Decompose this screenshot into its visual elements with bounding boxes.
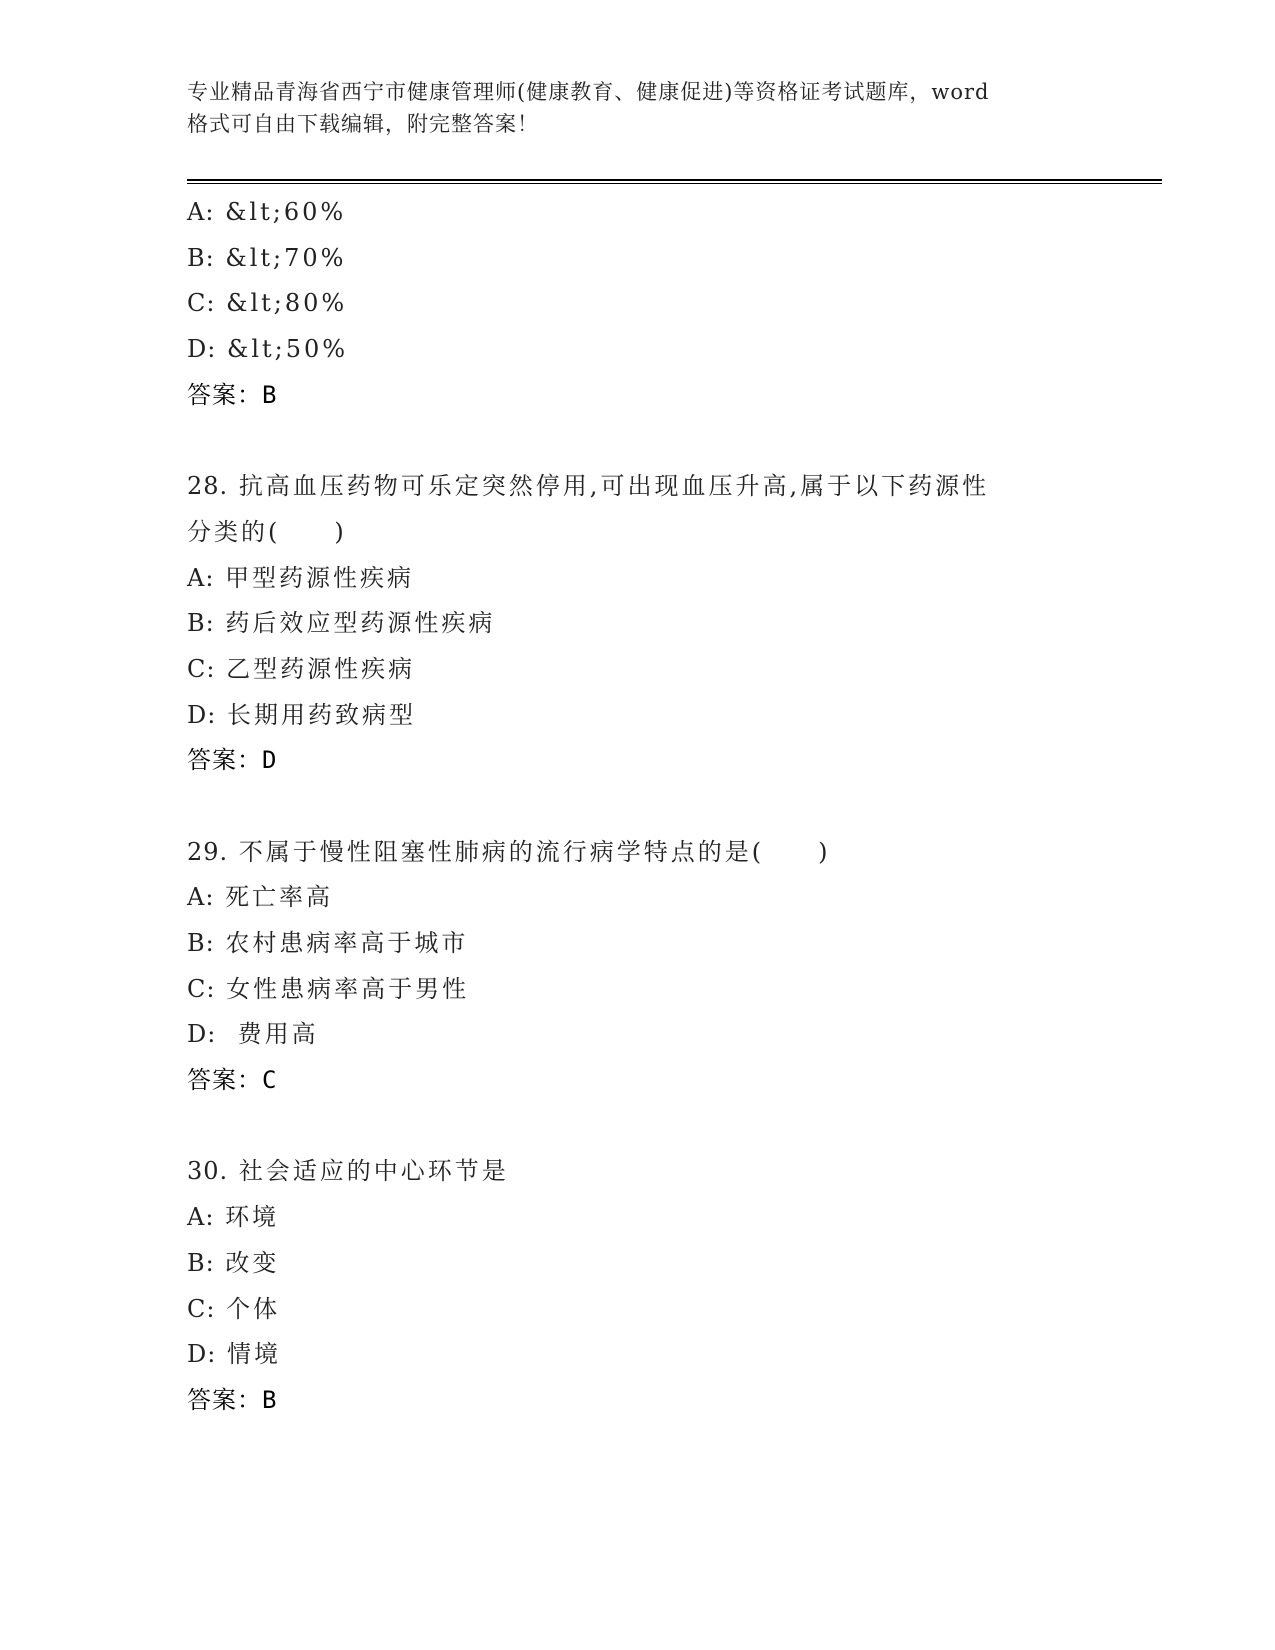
option-b: B: 药后效应型药源性疾病: [187, 601, 1147, 647]
option-text: 环境: [225, 1203, 279, 1231]
option-text: 乙型药源性疾病: [226, 655, 415, 683]
option-text: &lt;50%: [227, 335, 348, 363]
answer-label: 答案：: [187, 746, 262, 774]
option-a: A: 死亡率高: [187, 875, 1147, 921]
answer-value: D: [262, 746, 277, 774]
option-text: 情境: [227, 1340, 281, 1368]
spacer: [187, 784, 1147, 830]
option-b: B: 农村患病率高于城市: [187, 921, 1147, 967]
header-line-2: 格式可自由下载编辑，附完整答案！: [187, 108, 1087, 140]
option-text: 费用高: [227, 1020, 319, 1048]
question-number: 28.: [187, 472, 228, 500]
spacer: [187, 1104, 1147, 1150]
answer-line: 答案：D: [187, 738, 1147, 784]
question-30: 30. 社会适应的中心环节是 A: 环境 B: 改变 C: 个体 D: 情境 答…: [187, 1149, 1147, 1423]
divider-thin-line: [187, 183, 1162, 184]
question-27: A: &lt;60% B: &lt;70% C: &lt;80% D: &lt;…: [187, 190, 1147, 418]
option-b: B: &lt;70%: [187, 236, 1147, 282]
spacer: [187, 418, 1147, 464]
question-28: 28. 抗高血压药物可乐定突然停用,可出现血压升高,属于以下药源性 分类的( )…: [187, 464, 1147, 784]
document-header: 专业精品青海省西宁市健康管理师(健康教育、健康促进)等资格证考试题库，word …: [187, 76, 1087, 140]
header-line-1: 专业精品青海省西宁市健康管理师(健康教育、健康促进)等资格证考试题库，word: [187, 76, 1087, 108]
option-text: 女性患病率高于男性: [226, 975, 469, 1003]
option-text: &lt;80%: [226, 289, 347, 317]
question-number: 30.: [187, 1157, 228, 1185]
question-list: A: &lt;60% B: &lt;70% C: &lt;80% D: &lt;…: [187, 190, 1147, 1424]
answer-line: 答案：B: [187, 1378, 1147, 1424]
option-c: C: 女性患病率高于男性: [187, 967, 1147, 1013]
option-text: 甲型药源性疾病: [225, 564, 414, 592]
option-text: &lt;70%: [225, 244, 346, 272]
question-29: 29. 不属于慢性阻塞性肺病的流行病学特点的是( ) A: 死亡率高 B: 农村…: [187, 830, 1147, 1104]
option-a: A: 环境: [187, 1195, 1147, 1241]
header-divider: [187, 179, 1162, 185]
answer-label: 答案：: [187, 1386, 262, 1414]
question-number: 29.: [187, 838, 228, 866]
option-b: B: 改变: [187, 1241, 1147, 1287]
option-a: A: &lt;60%: [187, 190, 1147, 236]
answer-value: B: [262, 381, 277, 409]
answer-value: C: [262, 1066, 277, 1094]
answer-label: 答案：: [187, 381, 262, 409]
option-text: 药后效应型药源性疾病: [225, 609, 495, 637]
question-stem-continued: 分类的( ): [187, 510, 1147, 556]
answer-value: B: [262, 1386, 277, 1414]
option-c: C: 个体: [187, 1287, 1147, 1333]
answer-line: 答案：B: [187, 373, 1147, 419]
divider-thick-line: [187, 179, 1162, 181]
option-text: 改变: [225, 1249, 279, 1277]
question-stem: 30. 社会适应的中心环节是: [187, 1149, 1147, 1195]
answer-line: 答案：C: [187, 1058, 1147, 1104]
option-c: C: &lt;80%: [187, 281, 1147, 327]
answer-label: 答案：: [187, 1066, 262, 1094]
document-page: 专业精品青海省西宁市健康管理师(健康教育、健康促进)等资格证考试题库，word …: [0, 0, 1275, 1650]
option-d: D: 长期用药致病型: [187, 693, 1147, 739]
option-text: 个体: [226, 1295, 280, 1323]
option-text: 死亡率高: [225, 883, 333, 911]
option-d: D: 情境: [187, 1332, 1147, 1378]
option-text: 农村患病率高于城市: [225, 929, 468, 957]
option-text: 长期用药致病型: [227, 701, 416, 729]
question-stem: 29. 不属于慢性阻塞性肺病的流行病学特点的是( ): [187, 830, 1147, 876]
option-a: A: 甲型药源性疾病: [187, 556, 1147, 602]
option-d: D: 费用高: [187, 1012, 1147, 1058]
option-d: D: &lt;50%: [187, 327, 1147, 373]
option-c: C: 乙型药源性疾病: [187, 647, 1147, 693]
option-text: &lt;60%: [225, 198, 346, 226]
question-stem: 28. 抗高血压药物可乐定突然停用,可出现血压升高,属于以下药源性: [187, 464, 1147, 510]
